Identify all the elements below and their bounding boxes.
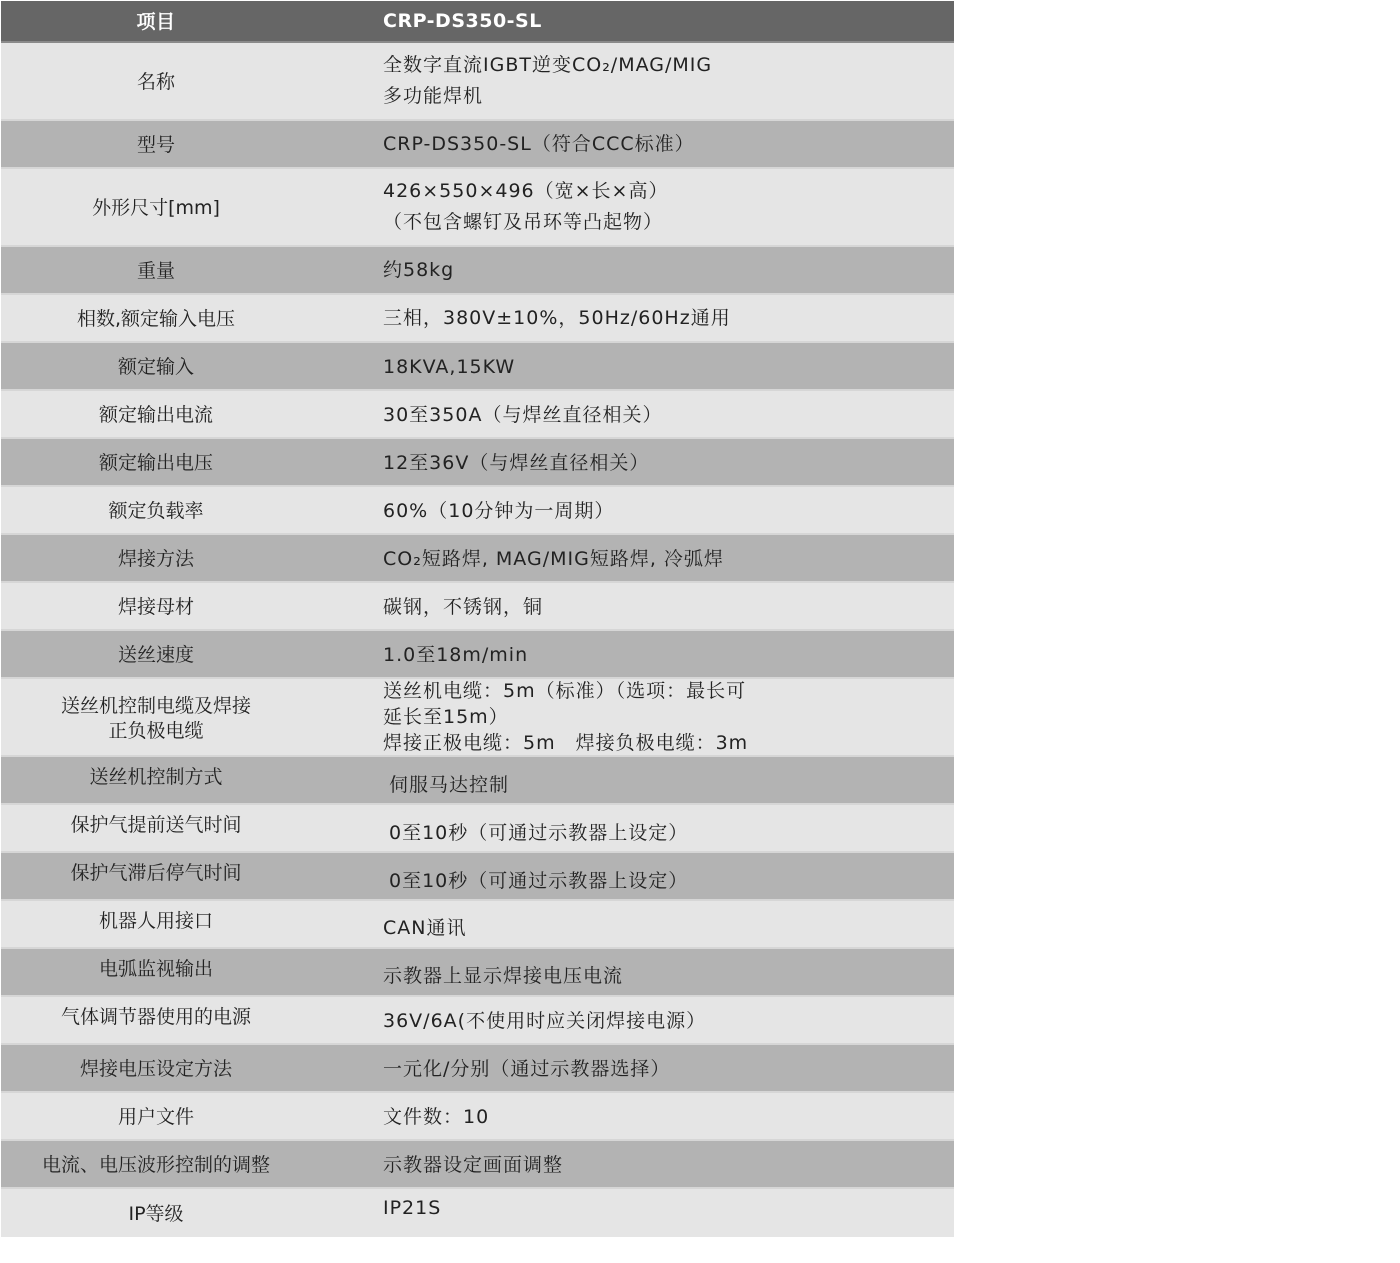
row-value: 0至10秒（可通过示教器上设定） [311, 805, 954, 851]
table-row: 额定输出电压 12至36V（与焊丝直径相关） [1, 439, 954, 487]
table-row: 重量 约58kg [1, 247, 954, 295]
table-row: 额定负载率 60%（10分钟为一周期） [1, 487, 954, 535]
row-label: 额定输出电流 [1, 391, 311, 437]
table-row: 焊接母材 碳钢，不锈钢，铜 [1, 583, 954, 631]
row-label: 额定输入 [1, 343, 311, 389]
table-row: 气体调节器使用的电源 36V/6A(不使用时应关闭焊接电源） [1, 997, 954, 1045]
row-value: 文件数：10 [311, 1093, 954, 1139]
table-row: 外形尺寸[mm] 426×550×496（宽×长×高） （不包含螺钉及吊环等凸起… [1, 169, 954, 247]
row-label: 保护气提前送气时间 [1, 805, 311, 851]
row-label: 相数,额定输入电压 [1, 295, 311, 341]
row-value: 三相，380V±10%，50Hz/60Hz通用 [311, 295, 954, 341]
table-row: 电弧监视输出 示教器上显示焊接电压电流 [1, 949, 954, 997]
row-label: 机器人用接口 [1, 901, 311, 947]
row-value: 1.0至18m/min [311, 631, 954, 677]
row-label: 电弧监视输出 [1, 949, 311, 995]
row-label: 重量 [1, 247, 311, 293]
table-row: 焊接方法 CO₂短路焊, MAG/MIG短路焊, 冷弧焊 [1, 535, 954, 583]
row-value: 碳钢，不锈钢，铜 [311, 583, 954, 629]
table-row: 名称 全数字直流IGBT逆变CO₂/MAG/MIG 多功能焊机 [1, 43, 954, 121]
row-label: 型号 [1, 121, 311, 167]
row-label: 送丝速度 [1, 631, 311, 677]
row-label: 外形尺寸[mm] [1, 169, 311, 245]
row-label: 额定输出电压 [1, 439, 311, 485]
row-label: 用户文件 [1, 1093, 311, 1139]
row-label: 气体调节器使用的电源 [1, 997, 311, 1043]
table-row: 用户文件 文件数：10 [1, 1093, 954, 1141]
row-value: 送丝机电缆：5m（标准）（选项：最长可 延长至15m） 焊接正极电缆：5m 焊接… [311, 679, 954, 755]
row-label: 送丝机控制方式 [1, 757, 311, 803]
row-value: 60%（10分钟为一周期） [311, 487, 954, 533]
header-label: 项目 [1, 1, 311, 41]
table-row: 焊接电压设定方法 一元化/分别（通过示教器选择） [1, 1045, 954, 1093]
table-row: 送丝速度 1.0至18m/min [1, 631, 954, 679]
row-label: 保护气滞后停气时间 [1, 853, 311, 899]
row-label: 焊接电压设定方法 [1, 1045, 311, 1091]
row-label: 额定负载率 [1, 487, 311, 533]
table-row: 额定输入 18KVA,15KW [1, 343, 954, 391]
table-row: 送丝机控制电缆及焊接 正负极电缆 送丝机电缆：5m（标准）（选项：最长可 延长至… [1, 679, 954, 757]
table-row: 额定输出电流 30至350A（与焊丝直径相关） [1, 391, 954, 439]
row-value: 全数字直流IGBT逆变CO₂/MAG/MIG 多功能焊机 [311, 43, 954, 119]
table-row: 保护气滞后停气时间 0至10秒（可通过示教器上设定） [1, 853, 954, 901]
row-value: CO₂短路焊, MAG/MIG短路焊, 冷弧焊 [311, 535, 954, 581]
row-value: 0至10秒（可通过示教器上设定） [311, 853, 954, 899]
row-value: 18KVA,15KW [311, 343, 954, 389]
row-label: 电流、电压波形控制的调整 [1, 1141, 311, 1187]
row-value: IP21S [311, 1189, 954, 1237]
row-label: 送丝机控制电缆及焊接 正负极电缆 [1, 679, 311, 755]
spec-table: 项目 CRP-DS350-SL 名称 全数字直流IGBT逆变CO₂/MAG/MI… [1, 1, 954, 1237]
row-value: 12至36V（与焊丝直径相关） [311, 439, 954, 485]
table-row: 机器人用接口 CAN通讯 [1, 901, 954, 949]
row-value: 一元化/分别（通过示教器选择） [311, 1045, 954, 1091]
row-value: CAN通讯 [311, 901, 954, 947]
row-value: 伺服马达控制 [311, 757, 954, 803]
header-value: CRP-DS350-SL [311, 1, 954, 41]
row-value: 426×550×496（宽×长×高） （不包含螺钉及吊环等凸起物） [311, 169, 954, 245]
row-value: 约58kg [311, 247, 954, 293]
row-label: 名称 [1, 43, 311, 119]
table-row: 型号 CRP-DS350-SL（符合CCC标准） [1, 121, 954, 169]
row-label: 焊接方法 [1, 535, 311, 581]
table-header-row: 项目 CRP-DS350-SL [1, 1, 954, 43]
row-value: CRP-DS350-SL（符合CCC标准） [311, 121, 954, 167]
row-value: 30至350A（与焊丝直径相关） [311, 391, 954, 437]
row-label: 焊接母材 [1, 583, 311, 629]
table-row: 送丝机控制方式 伺服马达控制 [1, 757, 954, 805]
row-value: 示教器设定画面调整 [311, 1141, 954, 1187]
table-row: 保护气提前送气时间 0至10秒（可通过示教器上设定） [1, 805, 954, 853]
row-label: IP等级 [1, 1189, 311, 1237]
table-row: 电流、电压波形控制的调整 示教器设定画面调整 [1, 1141, 954, 1189]
table-row: 相数,额定输入电压 三相，380V±10%，50Hz/60Hz通用 [1, 295, 954, 343]
table-row: IP等级 IP21S [1, 1189, 954, 1237]
row-value: 示教器上显示焊接电压电流 [311, 949, 954, 995]
row-value: 36V/6A(不使用时应关闭焊接电源） [311, 997, 954, 1043]
